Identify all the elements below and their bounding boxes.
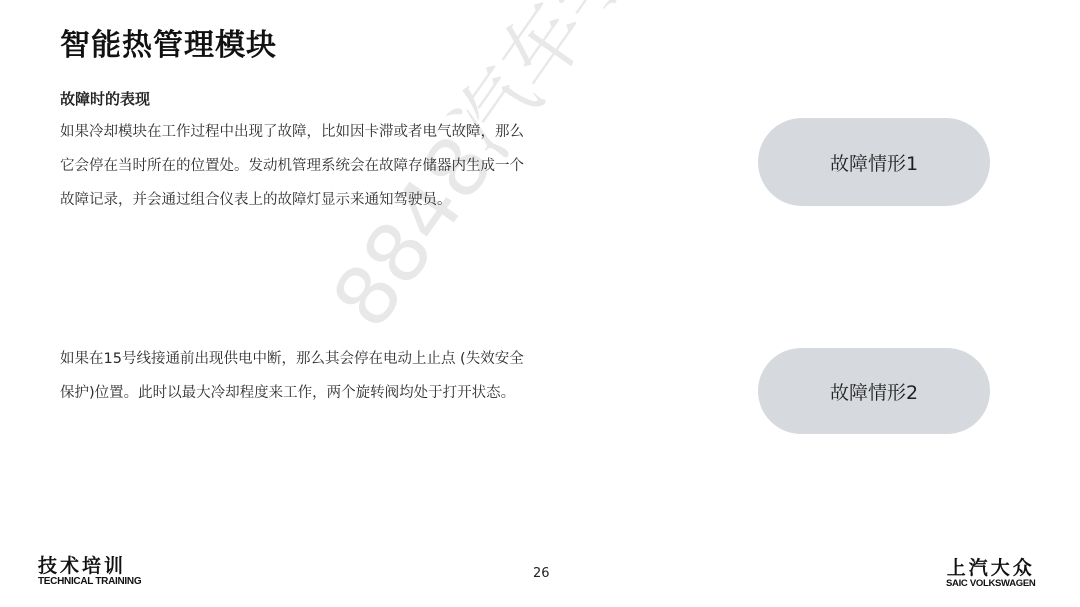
section-heading: 故障时的表现 xyxy=(60,88,150,109)
case-2-badge: 故障情形2 xyxy=(758,348,990,434)
logo-text-cn: 技术培训 xyxy=(38,556,141,576)
saic-volkswagen-logo: 上汽大众 SAIC VOLKSWAGEN xyxy=(946,558,1035,589)
case-1-label: 故障情形1 xyxy=(830,149,918,176)
paragraph-case-2: 如果在15号线接通前出现供电中断，那么其会停在电动上止点 (失效安全保护)位置。… xyxy=(60,342,530,410)
page-number: 26 xyxy=(533,566,550,581)
brand-text-cn: 上汽大众 xyxy=(946,558,1035,578)
logo-text-en: TECHNICAL TRAINING xyxy=(38,576,141,587)
case-1-badge: 故障情形1 xyxy=(758,118,990,206)
case-2-label: 故障情形2 xyxy=(830,378,918,405)
technical-training-logo: 技术培训 TECHNICAL TRAINING xyxy=(38,556,141,587)
slide-title: 智能热管理模块 xyxy=(60,20,277,64)
paragraph-case-1: 如果冷却模块在工作过程中出现了故障，比如因卡滞或者电气故障，那么它会停在当时所在… xyxy=(60,115,530,217)
brand-text-en: SAIC VOLKSWAGEN xyxy=(946,578,1035,589)
